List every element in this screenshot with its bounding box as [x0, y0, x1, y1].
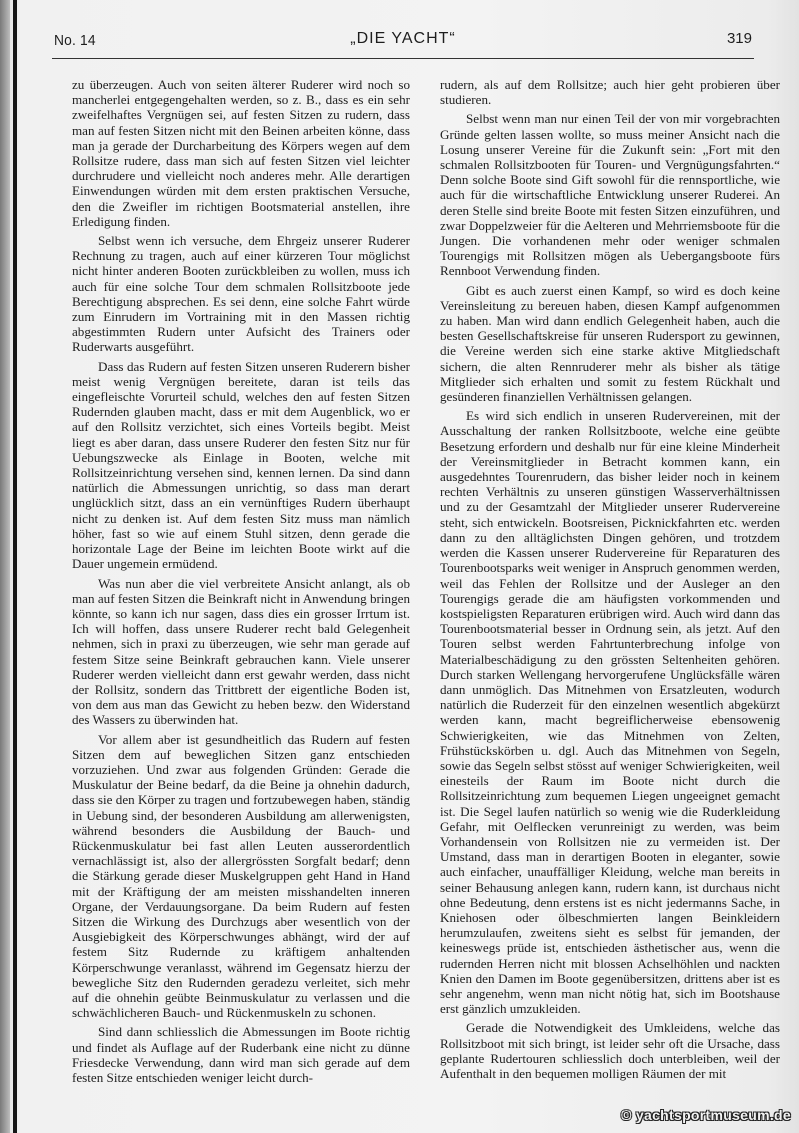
scanned-page: No. 14 „DIE YACHT“ 319 zu überzeugen. Au… [0, 0, 799, 1133]
paragraph: Es wird sich endlich in unseren Ruderver… [440, 408, 780, 1016]
header-rule [52, 58, 754, 59]
running-header: No. 14 „DIE YACHT“ 319 [52, 18, 754, 58]
paragraph: rudern, als auf dem Rollsitze; auch hier… [440, 77, 780, 107]
binding-edge [13, 0, 17, 1133]
paragraph: Was nun aber die viel verbreitete Ansich… [72, 576, 410, 728]
paragraph: Gibt es auch zuerst einen Kampf, so wird… [440, 283, 780, 405]
paragraph: Gerade die Notwendigkeit des Umkleidens,… [440, 1020, 780, 1081]
copyright-watermark: © yachtsportmuseum.de [621, 1107, 791, 1123]
page-number: 319 [727, 30, 752, 47]
right-column: rudern, als auf dem Rollsitze; auch hier… [440, 77, 780, 1085]
binding-shadow [0, 0, 10, 1133]
left-column: zu überzeugen. Auch von seiten älterer R… [72, 77, 410, 1089]
paragraph: Selbst wenn ich versuche, dem Ehrgeiz un… [72, 233, 410, 355]
paragraph: Selbst wenn man nur einen Teil der von m… [440, 111, 780, 278]
journal-title: „DIE YACHT“ [52, 30, 754, 48]
paragraph: Sind dann schliesslich die Abmessungen i… [72, 1024, 410, 1085]
paragraph: Vor allem aber ist gesundheitlich das Ru… [72, 732, 410, 1021]
paragraph: Dass das Rudern auf festen Sitzen unsere… [72, 359, 410, 572]
paragraph: zu überzeugen. Auch von seiten älterer R… [72, 77, 410, 229]
